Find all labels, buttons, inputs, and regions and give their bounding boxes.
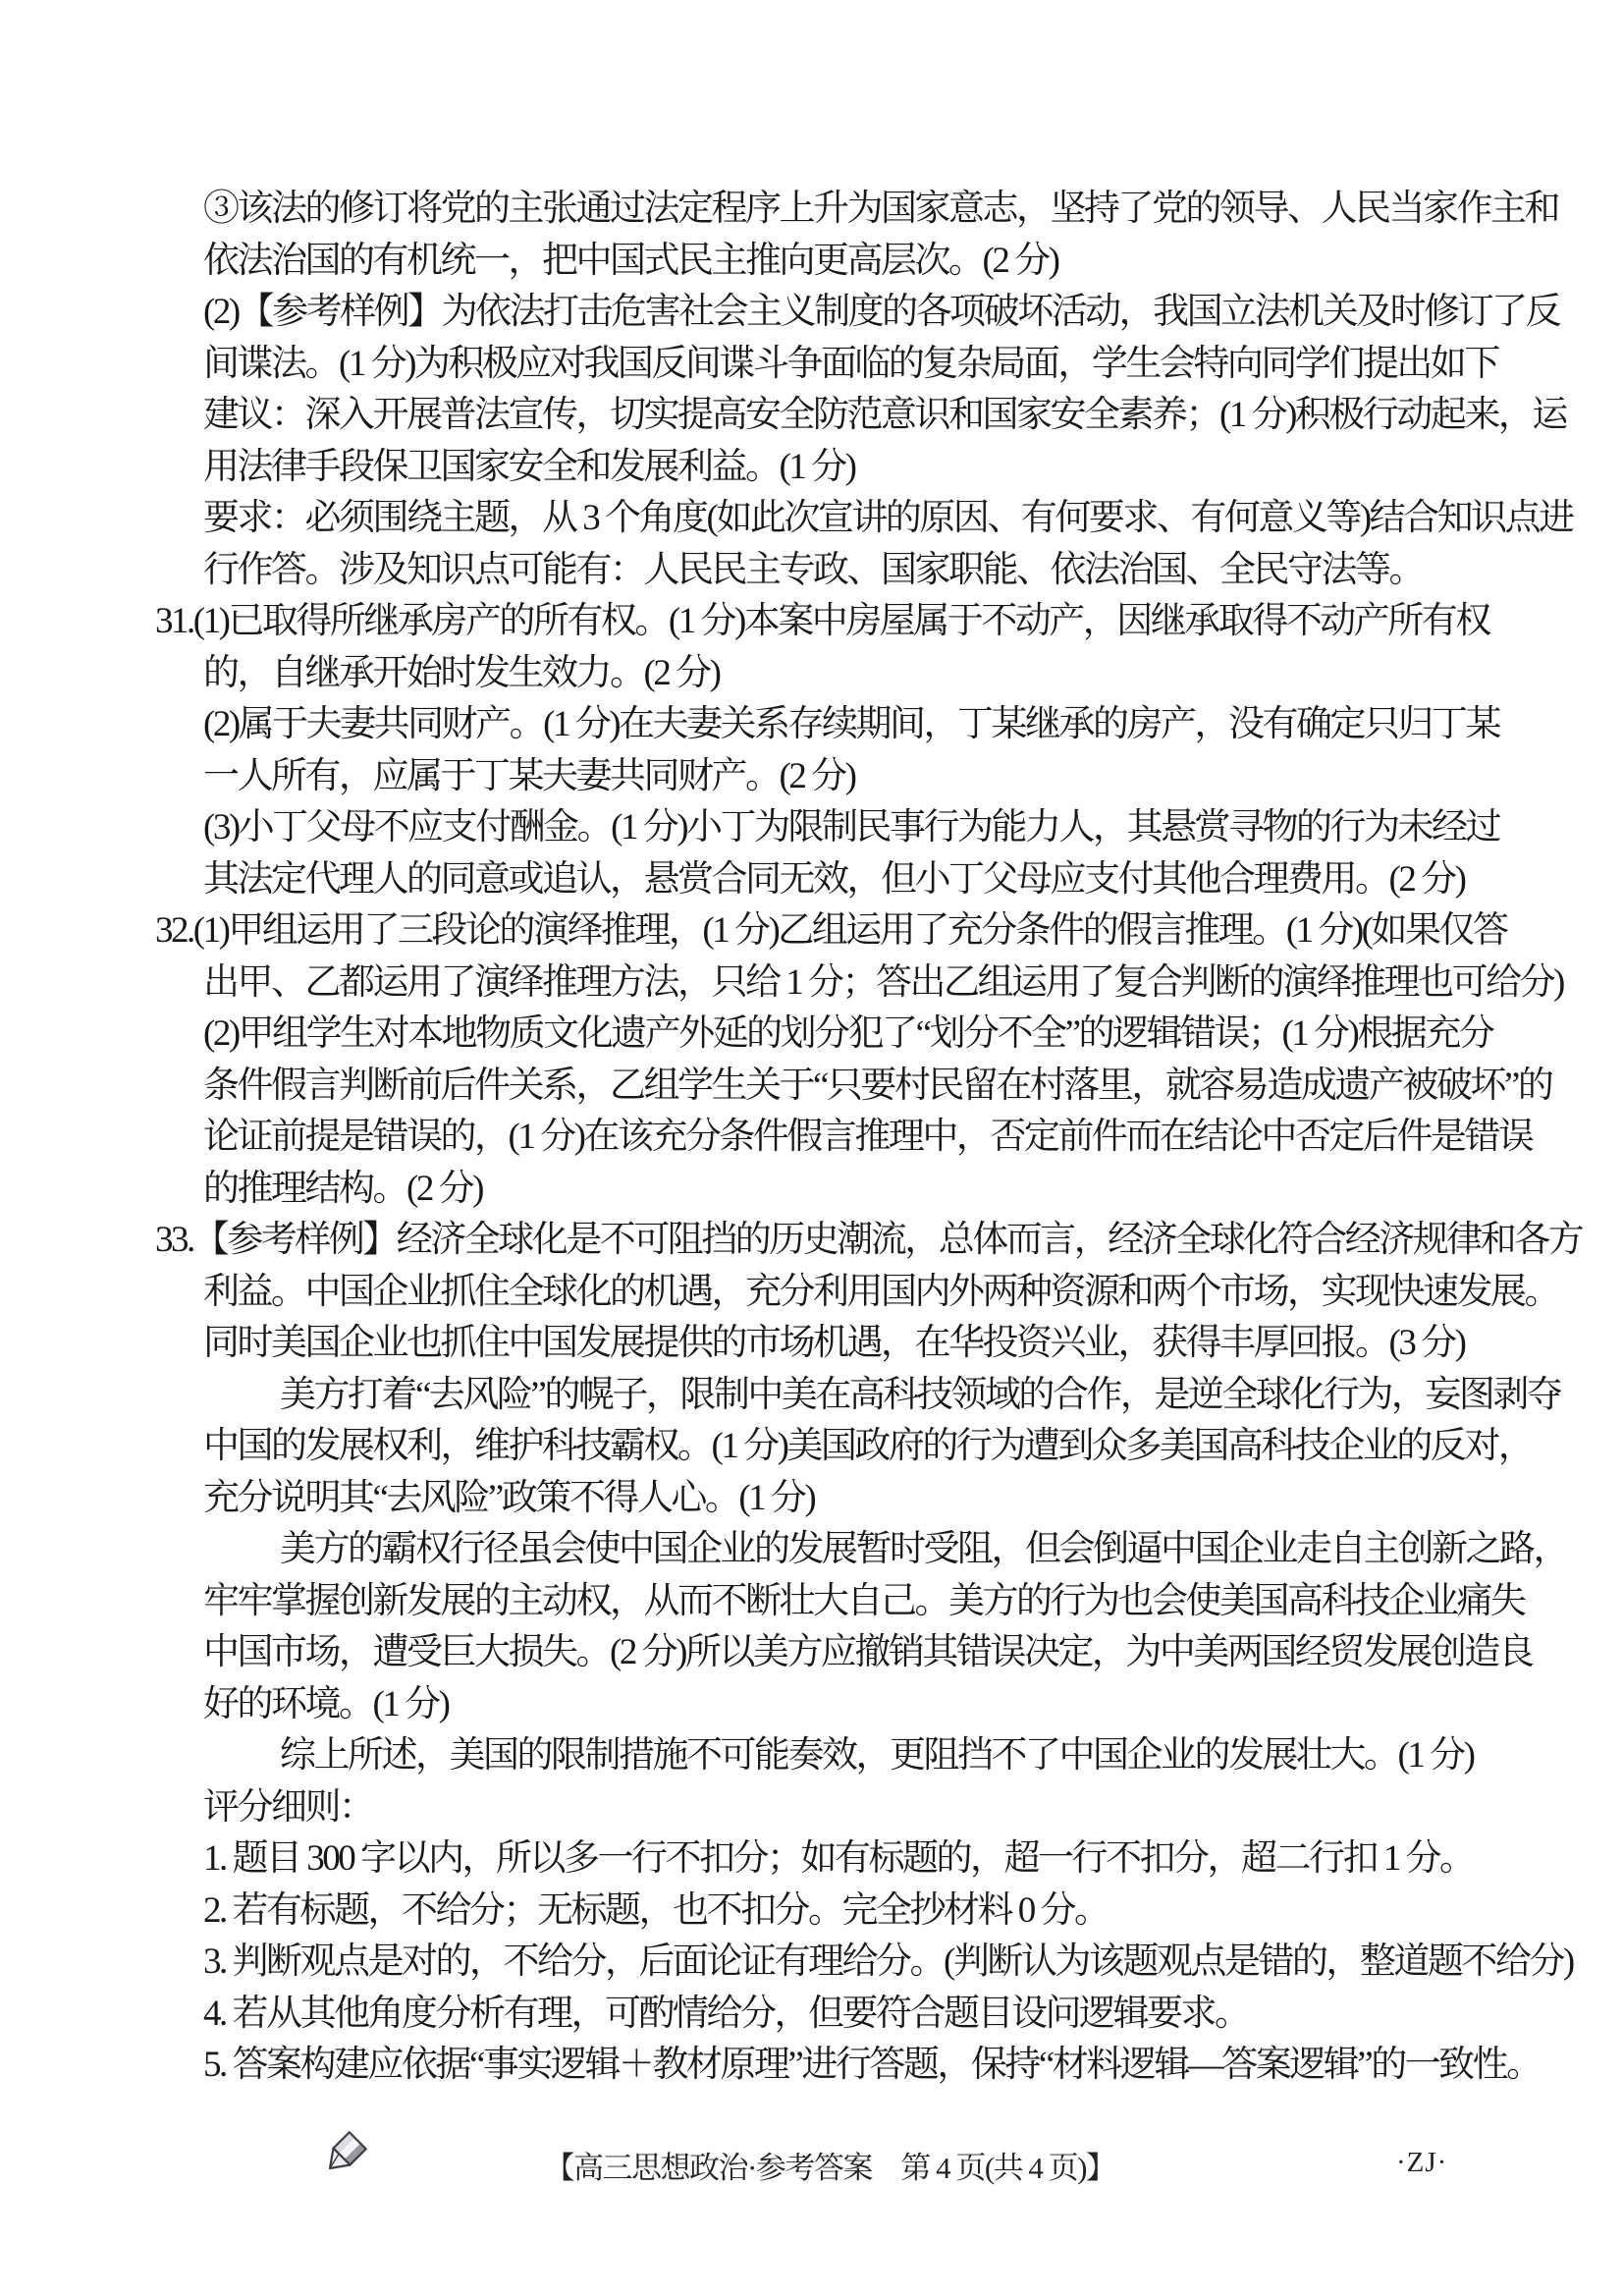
text-line: 建议：深入开展普法宣传，切实提高安全防范意识和国家安全素养；(1 分)积极行动起… [203,390,1522,442]
text-line: 行作答。涉及知识点可能有：人民民主专政、国家职能、依法治国、全民守法等。 [203,545,1522,597]
footer-edition-code: ·ZJ· [1396,2147,1447,2179]
text-line: 1. 题目 300 字以内，所以多一行不扣分；如有标题的，超一行不扣分，超二行扣… [203,1833,1522,1886]
text-line: 出甲、乙都运用了演绎推理方法，只给 1 分；答出乙组运用了复合判断的演绎推理也可… [203,957,1522,1010]
text-line: (2)属于夫妻共同财产。(1 分)在夫妻关系存续期间，丁某继承的房产，没有确定只… [203,699,1522,751]
text-line: (2)【参考样例】为依法打击危害社会主义制度的各项破坏活动，我国立法机关及时修订… [203,287,1522,339]
answer-lines: ③该法的修订将党的主张通过法定程序上升为国家意志，坚持了党的领导、人民当家作主和… [155,184,1522,2092]
text-line: 一人所有，应属于丁某夫妻共同财产。(2 分) [203,751,1522,803]
exam-answer-page: ③该法的修订将党的主张通过法定程序上升为国家意志，坚持了党的领导、人民当家作主和… [0,0,1623,2296]
text-line: 5. 答案构建应依据“事实逻辑＋教材原理”进行答题，保持“材料逻辑—答案逻辑”的… [203,2040,1522,2092]
text-line: 33.【参考样例】经济全球化是不可阻挡的历史潮流，总体而言，经济全球化符合经济规… [155,1215,1522,1267]
text-line: 32.(1)甲组运用了三段论的演绎推理，(1 分)乙组运用了充分条件的假言推理。… [155,905,1522,957]
text-line: 同时美国企业也抓住中国发展提供的市场机遇，在华投资兴业，获得丰厚回报。(3 分) [203,1318,1522,1370]
footer-page-info: 【高三思想政治·参考答案 第 4 页(共 4 页)】 [545,2143,1115,2187]
text-line: 充分说明其“去风险”政策不得人心。(1 分) [203,1473,1522,1525]
text-line: 好的环境。(1 分) [203,1679,1522,1731]
text-line: 美方的霸权行径虽会使中国企业的发展暂时受阻，但会倒逼中国企业走自主创新之路， [280,1524,1522,1576]
text-line: 美方打着“去风险”的幌子，限制中美在高科技领域的合作，是逆全球化行为，妄图剥夺 [280,1370,1522,1422]
text-line: 的，自继承开始时发生效力。(2 分) [203,648,1522,700]
text-line: (3)小丁父母不应支付酬金。(1 分)小丁为限制民事行为能力人，其悬赏寻物的行为… [203,802,1522,854]
text-line: 用法律手段保卫国家安全和发展利益。(1 分) [203,442,1522,494]
text-line: 牢牢掌握创新发展的主动权，从而不断壮大自己。美方的行为也会使美国高科技企业痛失 [203,1576,1522,1628]
text-line: 综上所述，美国的限制措施不可能奏效，更阻挡不了中国企业的发展壮大。(1 分) [280,1730,1522,1782]
text-line: 的推理结构。(2 分) [203,1164,1522,1216]
text-line: 2. 若有标题，不给分；无标题，也不扣分。完全抄材料 0 分。 [203,1886,1522,1938]
text-line: 中国的发展权利，维护科技霸权。(1 分)美国政府的行为遭到众多美国高科技企业的反… [203,1421,1522,1473]
text-line: (2)甲组学生对本地物质文化遗产外延的划分犯了“划分不全”的逻辑错误；(1 分)… [203,1009,1522,1061]
text-line: 依法治国的有机统一，把中国式民主推向更高层次。(2 分) [203,236,1522,288]
text-line: 评分细则： [203,1782,1522,1834]
text-line: 3. 判断观点是对的，不给分，后面论证有理给分。(判断认为该题观点是错的，整道题… [203,1937,1522,1989]
text-line: ③该法的修订将党的主张通过法定程序上升为国家意志，坚持了党的领导、人民当家作主和 [203,184,1522,236]
text-line: 中国市场，遭受巨大损失。(2 分)所以美方应撤销其错误决定，为中美两国经贸发展创… [203,1627,1522,1679]
text-line: 间谍法。(1 分)为积极应对我国反间谍斗争面临的复杂局面，学生会特向同学们提出如… [203,339,1522,391]
text-line: 利益。中国企业抓住全球化的机遇，充分利用国内外两种资源和两个市场，实现快速发展。 [203,1267,1522,1319]
pencil-icon [314,2129,369,2186]
text-line: 论证前提是错误的，(1 分)在该充分条件假言推理中，否定前件而在结论中否定后件是… [203,1112,1522,1164]
text-line: 31.(1)已取得所继承房产的所有权。(1 分)本案中房屋属于不动产，因继承取得… [155,596,1522,648]
text-line: 要求：必须围绕主题，从 3 个角度(如此次宣讲的原因、有何要求、有何意义等)结合… [203,493,1522,545]
text-line: 4. 若从其他角度分析有理，可酌情给分，但要符合题目设问逻辑要求。 [203,1989,1522,2041]
text-line: 条件假言判断前后件关系，乙组学生关于“只要村民留在村落里，就容易造成遗产被破坏”… [203,1061,1522,1113]
text-line: 其法定代理人的同意或追认，悬赏合同无效，但小丁父母应支付其他合理费用。(2 分) [203,854,1522,906]
